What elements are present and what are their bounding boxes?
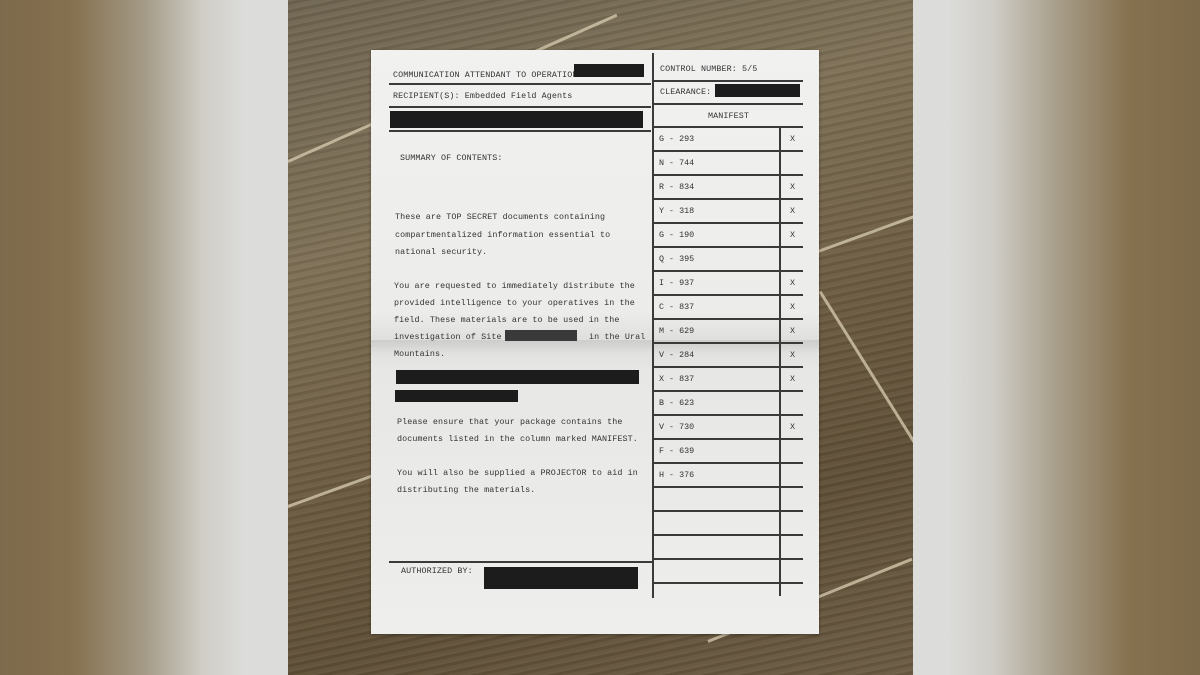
summary-line: Mountains. <box>394 349 445 359</box>
divider <box>653 80 803 82</box>
clearance-label: CLEARANCE: <box>660 87 711 97</box>
manifest-row-divider <box>653 390 803 392</box>
manifest-check-mark: X <box>790 422 795 432</box>
control-number: CONTROL NUMBER: 5/5 <box>660 64 757 74</box>
manifest-row-divider <box>653 582 803 584</box>
manifest-check-divider <box>779 126 781 596</box>
summary-heading: SUMMARY OF CONTENTS: <box>400 153 503 163</box>
divider <box>389 130 651 132</box>
manifest-check-mark: X <box>790 206 795 216</box>
manifest-row-divider <box>653 270 803 272</box>
manifest-row-divider <box>653 222 803 224</box>
operation-label: COMMUNICATION ATTENDANT TO OPERATION <box>393 70 578 80</box>
manifest-check-mark: X <box>790 374 795 384</box>
summary-line: in the Ural <box>589 332 645 342</box>
manifest-title: MANIFEST <box>708 111 749 121</box>
summary-line: distributing the materials. <box>397 485 535 495</box>
summary-line: These are TOP SECRET documents containin… <box>395 212 605 222</box>
manifest-check-mark: X <box>790 230 795 240</box>
manifest-row-divider <box>653 438 803 440</box>
manifest-item-code: N - 744 <box>659 158 694 168</box>
manifest-row-divider <box>653 150 803 152</box>
manifest-check-mark: X <box>790 326 795 336</box>
manifest-item-code: G - 293 <box>659 134 694 144</box>
manifest-item-code: M - 629 <box>659 326 694 336</box>
manifest-check-mark: X <box>790 302 795 312</box>
manifest-item-code: I - 937 <box>659 278 694 288</box>
summary-line: field. These materials are to be used in… <box>394 315 620 325</box>
manifest-item-code: V - 730 <box>659 422 694 432</box>
manifest-row-divider <box>653 534 803 536</box>
manifest-item-code: B - 623 <box>659 398 694 408</box>
manifest-row-divider <box>653 462 803 464</box>
manifest-item-code: X - 837 <box>659 374 694 384</box>
floor-seam <box>819 291 913 462</box>
manifest-check-mark: X <box>790 278 795 288</box>
summary-line: You are requested to immediately distrib… <box>394 281 635 291</box>
manifest-row-divider <box>653 366 803 368</box>
manifest-row-divider <box>653 246 803 248</box>
manifest-item-code: Q - 395 <box>659 254 694 264</box>
redaction-line <box>390 111 643 128</box>
redaction-signature <box>484 567 638 589</box>
manifest-row-divider <box>653 342 803 344</box>
manifest-row-divider <box>653 318 803 320</box>
manifest-row-divider <box>653 510 803 512</box>
manifest-row-divider <box>653 558 803 560</box>
manifest-check-mark: X <box>790 134 795 144</box>
manifest-item-code: H - 376 <box>659 470 694 480</box>
summary-line: national security. <box>395 247 487 257</box>
divider <box>389 561 652 563</box>
summary-line: provided intelligence to your operatives… <box>394 298 635 308</box>
manifest-check-mark: X <box>790 350 795 360</box>
divider <box>389 106 651 108</box>
column-divider <box>652 53 654 598</box>
redaction-clearance <box>715 84 800 97</box>
manifest-row-divider <box>653 294 803 296</box>
blurred-background-right <box>913 0 1200 675</box>
divider <box>653 126 803 128</box>
redaction-operation-name <box>574 64 644 77</box>
redaction-line <box>395 390 518 402</box>
summary-line: investigation of Site <box>394 332 502 342</box>
manifest-item-code: F - 639 <box>659 446 694 456</box>
manifest-item-code: G - 190 <box>659 230 694 240</box>
manifest-row-divider <box>653 414 803 416</box>
summary-line: You will also be supplied a PROJECTOR to… <box>397 468 638 478</box>
authorized-by-label: AUTHORIZED BY: <box>401 566 473 576</box>
recipients-label: RECIPIENT(S): Embedded Field Agents <box>393 91 572 101</box>
manifest-row-divider <box>653 174 803 176</box>
summary-line: Please ensure that your package contains… <box>397 417 623 427</box>
manifest-check-mark: X <box>790 182 795 192</box>
manifest-row-divider <box>653 198 803 200</box>
manifest-item-code: Y - 318 <box>659 206 694 216</box>
divider <box>389 83 651 85</box>
floor-seam <box>817 209 913 253</box>
divider <box>653 103 803 105</box>
blurred-background-left <box>0 0 288 675</box>
summary-line: compartmentalized information essential … <box>395 230 610 240</box>
summary-line: documents listed in the column marked MA… <box>397 434 638 444</box>
manifest-item-code: V - 284 <box>659 350 694 360</box>
redaction-site-name <box>505 330 577 341</box>
manifest-item-code: R - 834 <box>659 182 694 192</box>
manifest-row-divider <box>653 486 803 488</box>
classified-document: COMMUNICATION ATTENDANT TO OPERATION REC… <box>371 50 819 634</box>
redaction-line <box>396 370 639 384</box>
manifest-item-code: C - 837 <box>659 302 694 312</box>
